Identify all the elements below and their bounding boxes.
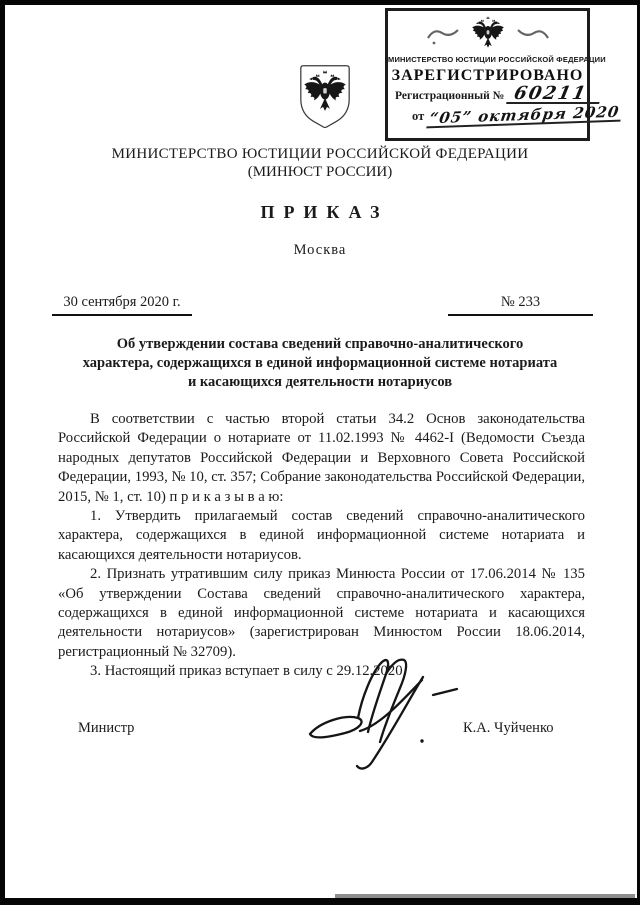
stamp-ministry-line: МИНИСТЕРСТВО ЮСТИЦИИ РОССИЙСКОЙ ФЕДЕРАЦИ… [388,55,587,64]
stamp-date-line: от “05” октября 2020 [388,107,587,125]
body-paragraph-preamble: В соответствии с частью второй статьи 34… [58,410,585,507]
order-body: В соответствии с частью второй статьи 34… [58,410,585,682]
registration-stamp: МИНИСТЕРСТВО ЮСТИЦИИ РОССИЙСКОЙ ФЕДЕРАЦИ… [385,8,590,141]
ministry-short-name: (МИНЮСТ РОССИИ) [0,164,640,181]
scanned-order-page: МИНИСТЕРСТВО ЮСТИЦИИ РОССИЙСКОЙ ФЕДЕРАЦИ… [0,0,640,905]
order-title: Об утверждении состава сведений справочн… [80,335,560,392]
scan-edge-bottom [0,898,640,905]
stamp-registration-number-line: Регистрационный № 60211 [388,86,587,104]
stamp-header-row [388,14,587,54]
city-label: Москва [0,242,640,259]
stamp-date-value: “05” октября 2020 [426,105,622,129]
stamp-eagle-icon [469,14,507,54]
body-paragraph-item-2: 2. Признать утратившим силу приказ Минюс… [58,565,585,662]
stamp-reg-number-value: 60211 [506,86,602,104]
scan-edge-left [0,0,5,905]
ministry-name: МИНИСТЕРСТВО ЮСТИЦИИ РОССИЙСКОЙ ФЕДЕРАЦИ… [0,146,640,163]
stamp-flourish-right-icon [516,24,550,46]
stamp-reg-number-label: Регистрационный № [395,90,504,102]
signer-name: К.А. Чуйченко [463,720,554,737]
minister-signature-icon [300,652,470,774]
stamp-date-prefix: от [412,109,424,123]
coat-of-arms-icon [294,62,356,134]
minister-position-label: Министр [78,720,134,737]
issue-date: 30 сентября 2020 г. [52,294,192,316]
order-number: № 233 [448,294,593,316]
scan-edge-top [0,0,640,5]
stamp-flourish-left-icon [426,24,460,46]
doc-type-title: ПРИКАЗ [0,202,640,223]
body-paragraph-item-1: 1. Утвердить прилагаемый состав сведений… [58,507,585,565]
scan-edge-bottom-gray [335,894,635,898]
